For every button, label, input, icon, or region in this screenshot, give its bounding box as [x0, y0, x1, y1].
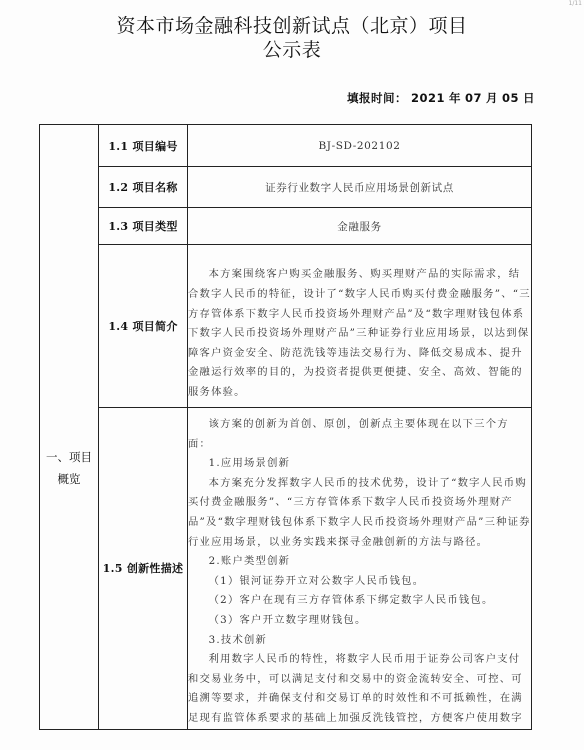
- row-value-project-id: BJ-SD-202102: [188, 125, 532, 167]
- fill-date-month-unit: 月: [486, 91, 498, 105]
- fill-date-year: 2021: [411, 91, 445, 105]
- document-title: 资本市场金融科技创新试点（北京）项目 公示表: [0, 14, 584, 62]
- row-label-project-type: 1.3 项目类型: [99, 208, 188, 245]
- page-number: 1/11: [569, 0, 582, 7]
- fill-date-month: 07: [465, 91, 482, 105]
- project-table: 一、项目 概览 1.1 项目编号 BJ-SD-202102 1.2 项目名称 证…: [39, 124, 532, 730]
- row-value-innovation: 该方案的创新为首创、原创，创新点主要体现在以下三个方面： 1.应用场景创新 本方…: [188, 408, 532, 730]
- row-label-innovation: 1.5 创新性描述: [99, 408, 188, 730]
- fill-date-year-unit: 年: [449, 91, 461, 105]
- summary-paragraph: 本方案围绕客户购买金融服务、购买理财产品的实际需求，结合数字人民币的特征，设计了…: [188, 265, 531, 402]
- table-row: 1.3 项目类型 金融服务: [40, 208, 532, 245]
- innovation-paragraph-3: 利用数字人民币的特性，将数字人民币用于证券公司客户支付和交易业务中，可以满足支付…: [188, 650, 531, 728]
- row-label-project-summary: 1.4 项目简介: [99, 245, 188, 408]
- row-value-project-name: 证券行业数字人民币应用场景创新试点: [188, 167, 532, 208]
- innovation-item-3: （3）客户开立数字理财钱包。: [188, 611, 531, 631]
- innovation-item-2: （2）客户在现有三方存管体系下绑定数字人民币钱包。: [188, 591, 531, 611]
- section-overview-label: 一、项目 概览: [40, 125, 99, 730]
- innovation-heading-2: 2.账户类型创新: [188, 552, 531, 572]
- table-row: 1.4 项目简介 本方案围绕客户购买金融服务、购买理财产品的实际需求，结合数字人…: [40, 245, 532, 408]
- innovation-heading-1: 1.应用场景创新: [188, 454, 531, 474]
- section-label-line-2: 概览: [40, 468, 98, 490]
- row-label-project-name: 1.2 项目名称: [99, 167, 188, 208]
- innovation-intro: 该方案的创新为首创、原创，创新点主要体现在以下三个方面：: [188, 415, 531, 454]
- fill-date-label: 填报时间：: [347, 91, 407, 105]
- innovation-heading-3: 3.技术创新: [188, 631, 531, 651]
- table-row: 1.2 项目名称 证券行业数字人民币应用场景创新试点: [40, 167, 532, 208]
- fill-date: 填报时间：2021年07月05日: [347, 90, 539, 106]
- innovation-paragraph-1: 本方案充分发挥数字人民币的技术优势，设计了“数字人民币购买付费金融服务”、“三方…: [188, 474, 531, 552]
- row-value-project-summary: 本方案围绕客户购买金融服务、购买理财产品的实际需求，结合数字人民币的特征，设计了…: [188, 245, 532, 408]
- table-row: 一、项目 概览 1.1 项目编号 BJ-SD-202102: [40, 125, 532, 167]
- section-label-line-1: 一、项目: [40, 446, 98, 468]
- title-line-2: 公示表: [0, 38, 584, 62]
- row-label-project-id: 1.1 项目编号: [99, 125, 188, 167]
- title-line-1: 资本市场金融科技创新试点（北京）项目: [0, 14, 584, 38]
- row-value-project-type: 金融服务: [188, 208, 532, 245]
- fill-date-day: 05: [502, 91, 519, 105]
- table-row: 1.5 创新性描述 该方案的创新为首创、原创，创新点主要体现在以下三个方面： 1…: [40, 408, 532, 730]
- fill-date-day-unit: 日: [523, 91, 535, 105]
- innovation-item-1: （1）银河证券开立对公数字人民币钱包。: [188, 572, 531, 592]
